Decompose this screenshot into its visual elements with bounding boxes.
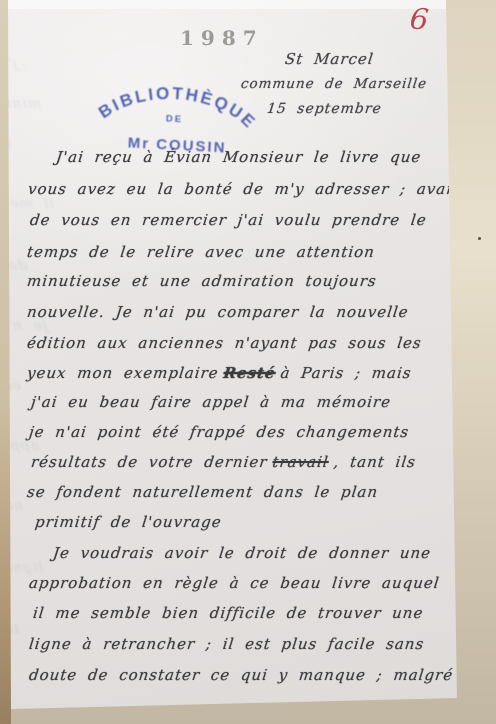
letter-line-06: nouvelle. Je n'ai pu comparer la nouvell… [26,303,410,321]
folio-number: 6 [408,1,430,37]
letter-line-15: approbation en règle à ce beau livre auq… [28,574,441,592]
letter-line-11-post: , tant ils [333,453,417,471]
accession-number-stamp: 1987 [180,26,264,50]
stamp-de-text: DE [166,113,184,125]
scanned-manuscript-page: j'ai eu beau faire appel à ma mémoire mi… [0,0,496,724]
manuscript-paper: j'ai eu beau faire appel à ma mémoire mi… [0,0,496,724]
heading-date: 15 septembre [266,101,383,117]
letter-line-04: temps de le relire avec une attention [26,243,376,261]
letter-line-01: J'ai reçu à Évian Monsieur le livre que [55,148,423,166]
paper-top-edge [8,0,446,9]
letter-line-11-pre: résultats de votre dernier [30,453,269,471]
letter-line-14: Je voudrais avoir le droit de donner une [52,544,432,562]
letter-line-11: résultats de votre derniertravail, tant … [30,453,417,471]
strikethrough-word: travail [271,453,329,471]
library-oval-stamp: BIBLIOTHÈQUE DE Mr COUSIN [84,57,273,161]
strikethrough-word: Resté [223,364,277,382]
letter-line-08-post: à Paris ; mais [279,364,412,382]
letter-line-03: de vous en remercier j'ai voulu prendre … [29,211,428,229]
letter-line-05: minutieuse et une admiration toujours [26,272,378,290]
svg-text:BIBLIOTHÈQUE: BIBLIOTHÈQUE [94,80,262,134]
letter-line-02: vous avez eu la bonté de m'y adresser ; … [27,180,465,198]
letter-line-08: yeux mon exemplaireRestéà Paris ; mais [26,364,413,382]
letter-line-07: édition aux anciennes n'ayant pas sous l… [26,334,423,352]
letter-line-13: primitif de l'ouvrage [34,513,223,531]
letter-line-12: se fondent naturellement dans le plan [26,483,379,501]
letter-line-18: doute de constater ce qui y manque ; mal… [28,666,454,684]
stamp-library-text: BIBLIOTHÈQUE [94,80,262,134]
heading-place: St Marcel [284,50,375,68]
ink-speck [478,237,481,240]
letter-line-17: ligne à retrancher ; il est plus facile … [28,635,425,653]
heading-commune: commune de Marseille [240,76,428,92]
letter-line-08-pre: yeux mon exemplaire [26,364,220,382]
letter-line-09: j'ai eu beau faire appel à ma mémoire [30,393,392,411]
letter-line-10: je n'ai point été frappé des changements [28,423,410,441]
letter-line-16: il me semble bien difficile de trouver u… [32,604,425,622]
